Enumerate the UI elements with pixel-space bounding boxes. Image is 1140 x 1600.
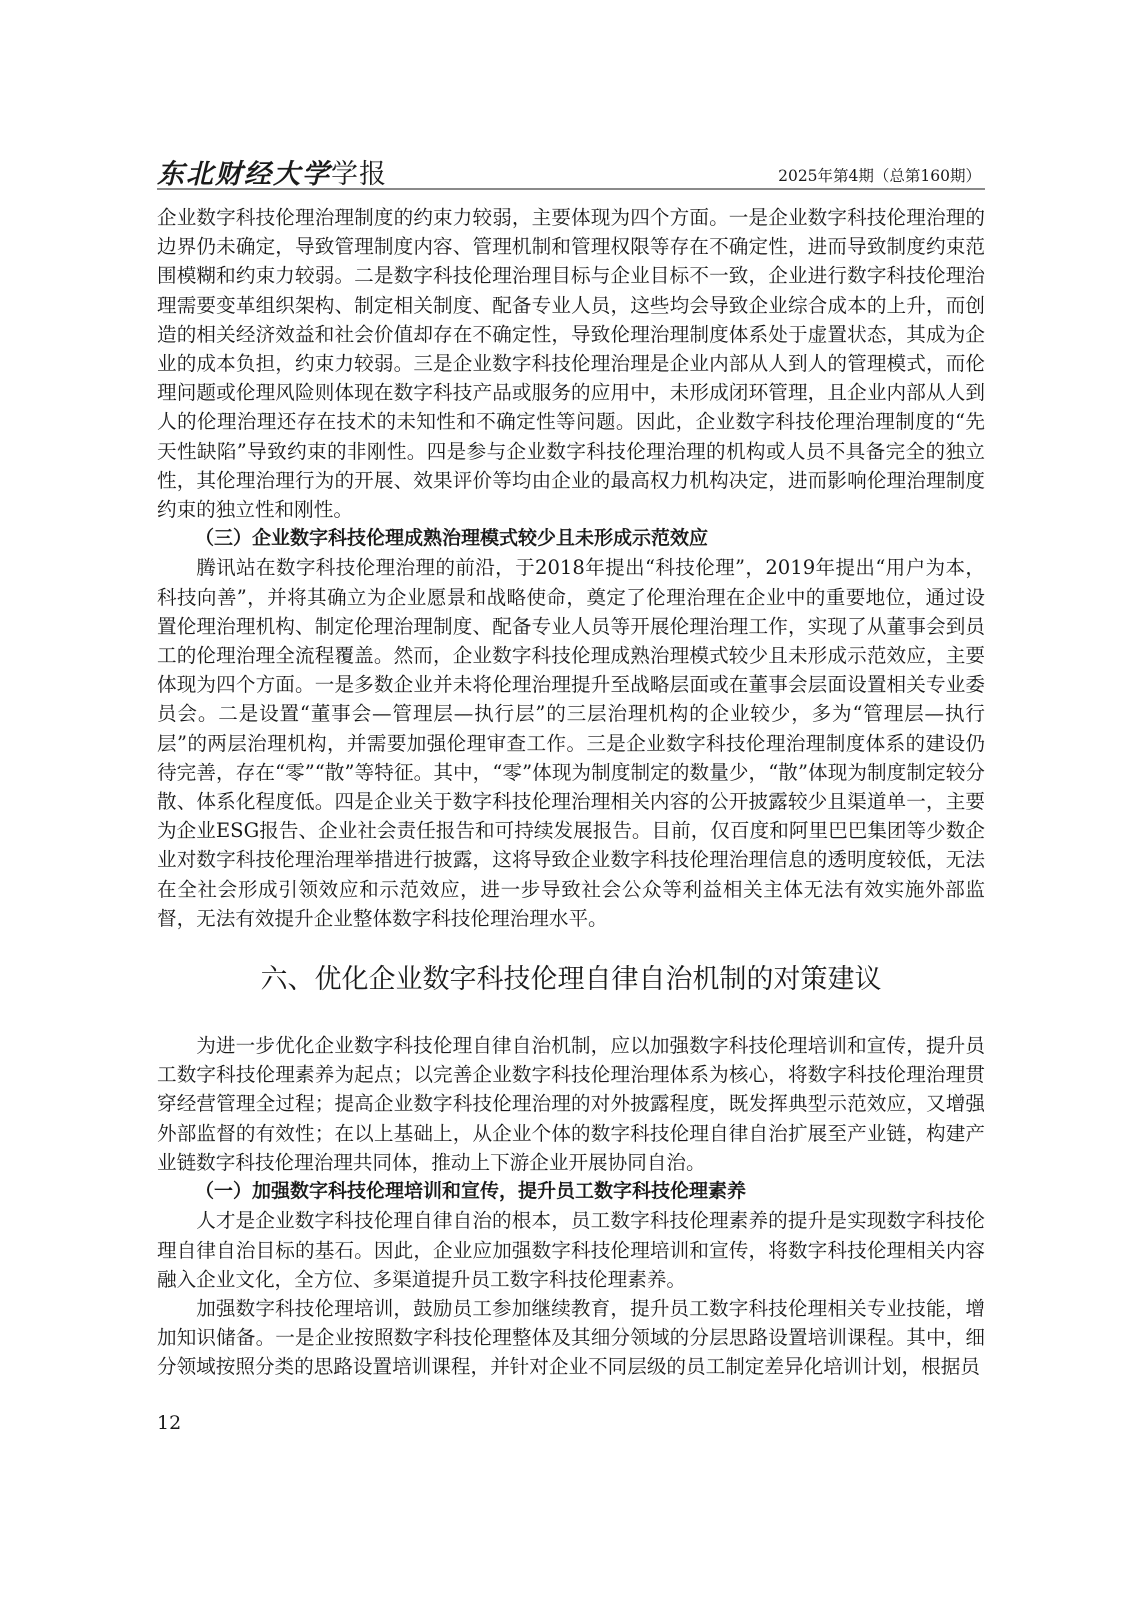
article-body: 企业数字科技伦理治理制度的约束力较弱，主要体现为四个方面。一是企业数字科技伦理治… bbox=[157, 203, 985, 1382]
subsection-heading: （一）加强数字科技伦理培训和宣传，提升员工数字科技伦理素养 bbox=[157, 1177, 985, 1206]
journal-name-suffix: 学报 bbox=[331, 159, 387, 190]
paragraph: 企业数字科技伦理治理制度的约束力较弱，主要体现为四个方面。一是企业数字科技伦理治… bbox=[157, 203, 985, 524]
paragraph: 加强数字科技伦理培训，鼓励员工参加继续教育，提升员工数字科技伦理相关专业技能，增… bbox=[157, 1294, 985, 1382]
paragraph: 人才是企业数字科技伦理自律自治的根本，员工数字科技伦理素养的提升是实现数字科技伦… bbox=[157, 1206, 985, 1294]
section-title: 六、优化企业数字科技伦理自律自治机制的对策建议 bbox=[157, 963, 985, 997]
page-number: 12 bbox=[157, 1412, 181, 1434]
journal-name-calligraphy: 东北财经大学 bbox=[157, 159, 331, 190]
subsection-heading: （三）企业数字科技伦理成熟治理模式较少且未形成示范效应 bbox=[157, 524, 985, 553]
journal-title: 东北财经大学学报 bbox=[157, 152, 387, 191]
paragraph: 腾讯站在数字科技伦理治理的前沿，于2018年提出“科技伦理”，2019年提出“用… bbox=[157, 553, 985, 933]
issue-info: 2025年第4期（总第160期） bbox=[778, 164, 981, 186]
paragraph: 为进一步优化企业数字科技伦理自律自治机制，应以加强数字科技伦理培训和宣传，提升员… bbox=[157, 1031, 985, 1177]
running-header: 东北财经大学学报 2025年第4期（总第160期） bbox=[157, 150, 985, 190]
